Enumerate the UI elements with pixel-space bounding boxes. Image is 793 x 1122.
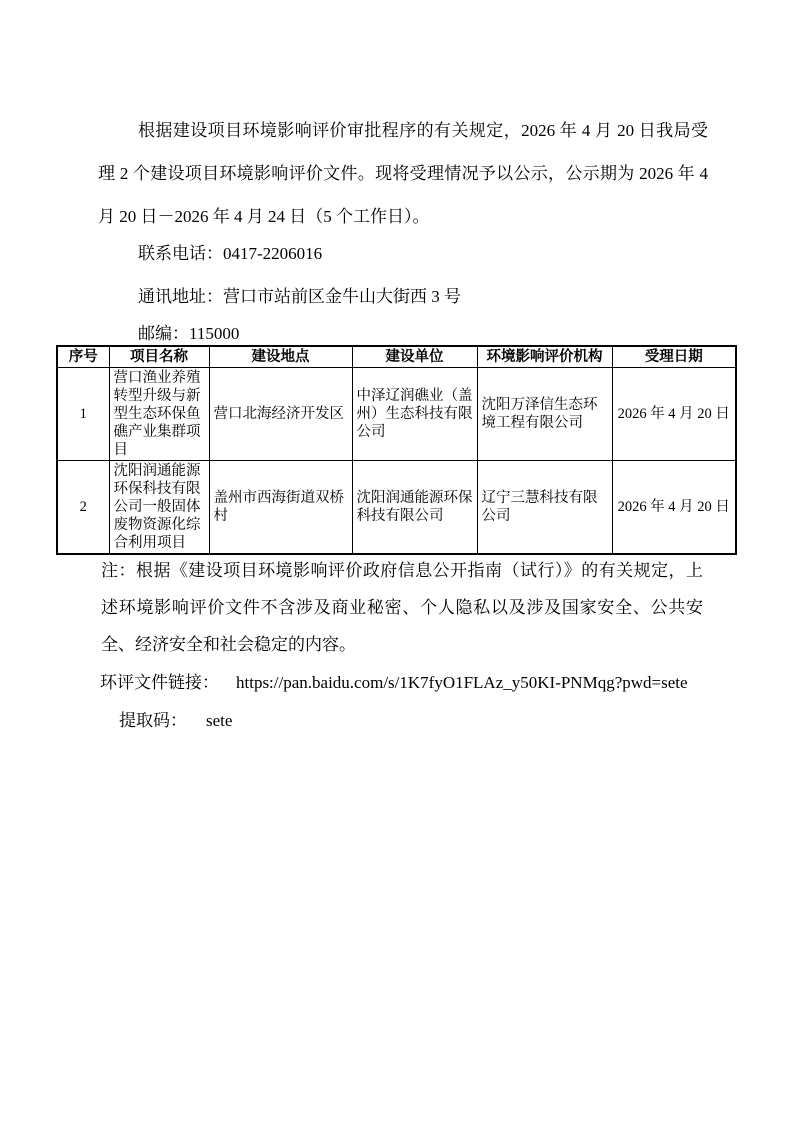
table-header-row: 序号 项目名称 建设地点 建设单位 环境影响评价机构 受理日期 — [57, 346, 736, 368]
eia-link-url: https://pan.baidu.com/s/1K7fyO1FLAz_y50K… — [236, 673, 688, 692]
cell-eia-agency: 沈阳万泽信生态环境工程有限公司 — [477, 368, 612, 461]
eia-link-label: 环评文件链接： — [100, 673, 219, 692]
cell-build-location: 盖州市西海街道双桥村 — [209, 461, 352, 555]
cell-project-name: 营口渔业养殖转型升级与新型生态环保鱼礁产业集群项目 — [109, 368, 209, 461]
contact-phone-line: 联系电话：0417-2206016 — [98, 243, 322, 265]
cell-build-unit: 中泽辽润礁业（盖州）生态科技有限公司 — [352, 368, 477, 461]
cell-serial-number: 1 — [57, 368, 109, 461]
cell-acceptance-date: 2026 年 4 月 20 日 — [612, 461, 736, 555]
header-build-unit: 建设单位 — [352, 346, 477, 368]
header-build-location: 建设地点 — [209, 346, 352, 368]
cell-serial-number: 2 — [57, 461, 109, 555]
extraction-code-line: 提取码：sete — [119, 706, 232, 731]
extraction-code-label: 提取码： — [119, 711, 187, 730]
cell-build-unit: 沈阳润通能源环保科技有限公司 — [352, 461, 477, 555]
header-serial-number: 序号 — [57, 346, 109, 368]
header-acceptance-date: 受理日期 — [612, 346, 736, 368]
table-row: 1 营口渔业养殖转型升级与新型生态环保鱼礁产业集群项目 营口北海经济开发区 中泽… — [57, 368, 736, 461]
cell-acceptance-date: 2026 年 4 月 20 日 — [612, 368, 736, 461]
cell-project-name: 沈阳润通能源环保科技有限公司一般固体废物资源化综合利用项目 — [109, 461, 209, 555]
header-project-name: 项目名称 — [109, 346, 209, 368]
cell-eia-agency: 辽宁三慧科技有限公司 — [477, 461, 612, 555]
cell-build-location: 营口北海经济开发区 — [209, 368, 352, 461]
header-eia-agency: 环境影响评价机构 — [477, 346, 612, 368]
acceptance-table: 序号 项目名称 建设地点 建设单位 环境影响评价机构 受理日期 1 营口渔业养殖… — [56, 345, 737, 555]
document-page: 根据建设项目环境影响评价审批程序的有关规定，2026 年 4 月 20 日我局受… — [0, 0, 793, 1122]
eia-link-line: 环评文件链接：https://pan.baidu.com/s/1K7fyO1FL… — [100, 668, 688, 693]
table-row: 2 沈阳润通能源环保科技有限公司一般固体废物资源化综合利用项目 盖州市西海街道双… — [57, 461, 736, 555]
note-paragraph: 注：根据《建设项目环境影响评价政府信息公开指南（试行）》的有关规定，上述环境影响… — [101, 552, 703, 663]
extraction-code-value: sete — [206, 711, 232, 730]
contact-address-line: 通讯地址：营口市站前区金牛山大街西 3 号 — [98, 286, 461, 308]
intro-paragraph: 根据建设项目环境影响评价审批程序的有关规定，2026 年 4 月 20 日我局受… — [98, 109, 708, 238]
contact-postcode-line: 邮编：115000 — [98, 323, 239, 345]
